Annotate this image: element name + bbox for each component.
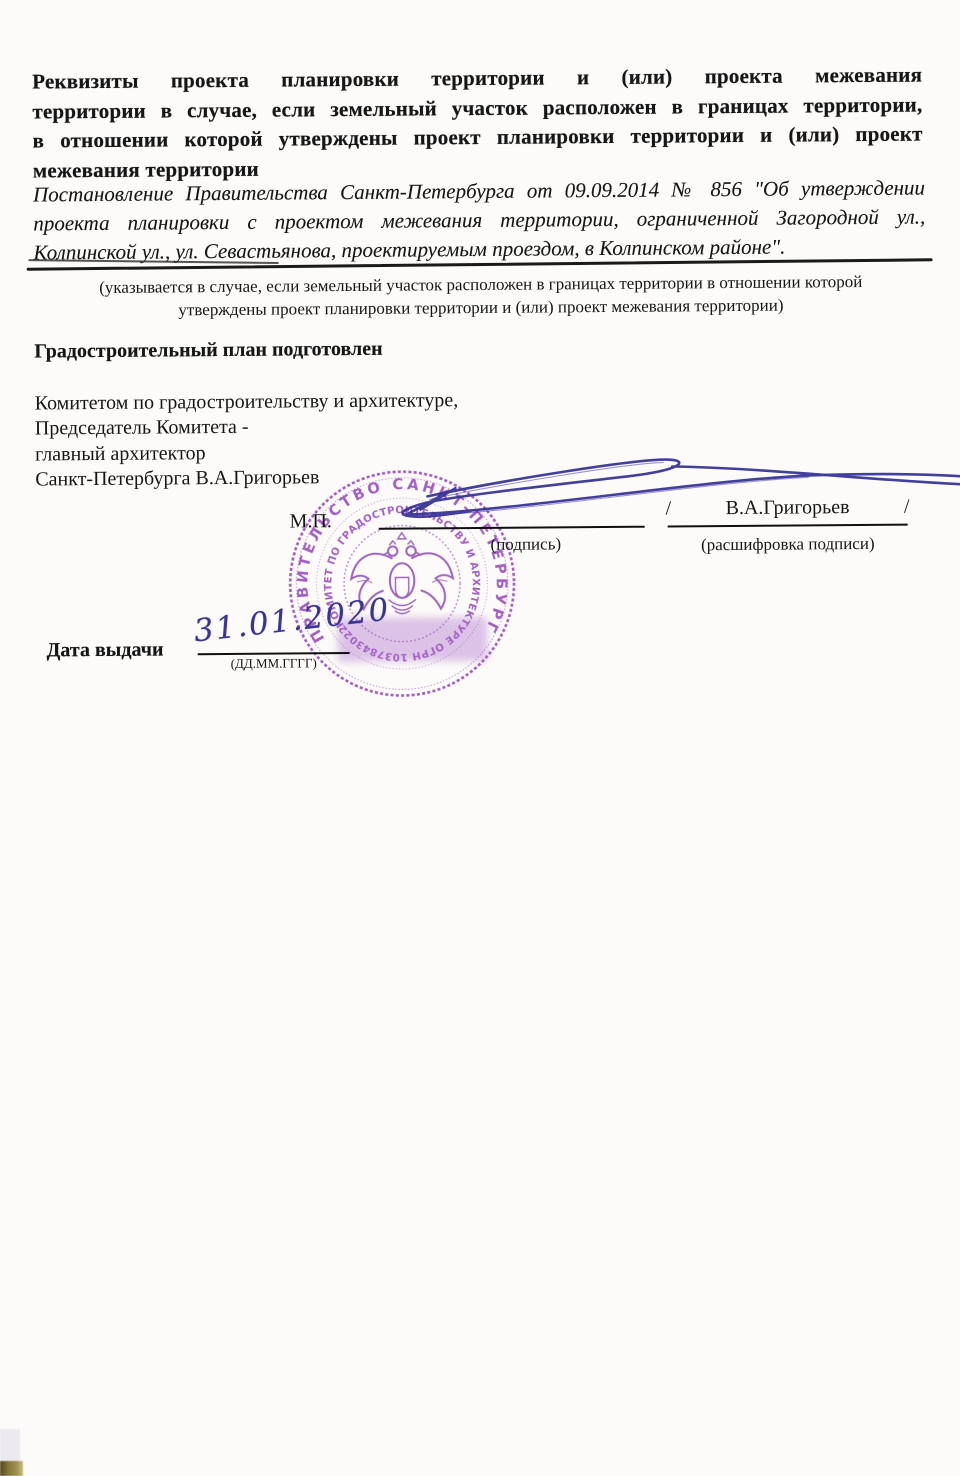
prepared-by-line: Комитетом по градостроительству и архите…: [35, 388, 459, 417]
scan-artifact-olive: [0, 1461, 23, 1476]
resolution-paragraph: Постановление Правительства Санкт-Петерб…: [33, 173, 926, 267]
handwritten-signature: [318, 442, 960, 539]
footnote-text: (указывается в случае, если земельный уч…: [57, 270, 905, 323]
date-format-caption: (ДД.ММ.ГГГГ): [200, 655, 348, 672]
scan-tilt-wrapper: Реквизиты проекта планировки территории …: [0, 0, 960, 1476]
issue-date-label: Дата выдачи: [47, 638, 164, 662]
requisites-heading: Реквизиты проекта планировки территории …: [32, 61, 923, 186]
prepared-by-line: Председатель Комитета -: [35, 414, 459, 443]
prepared-title: Градостроительный план подготовлен: [34, 338, 383, 364]
scanned-document-page: Реквизиты проекта планировки территории …: [0, 0, 960, 1476]
name-caption: (расшифровка подписи): [668, 534, 908, 556]
scan-artifact-gray: [0, 1429, 20, 1463]
